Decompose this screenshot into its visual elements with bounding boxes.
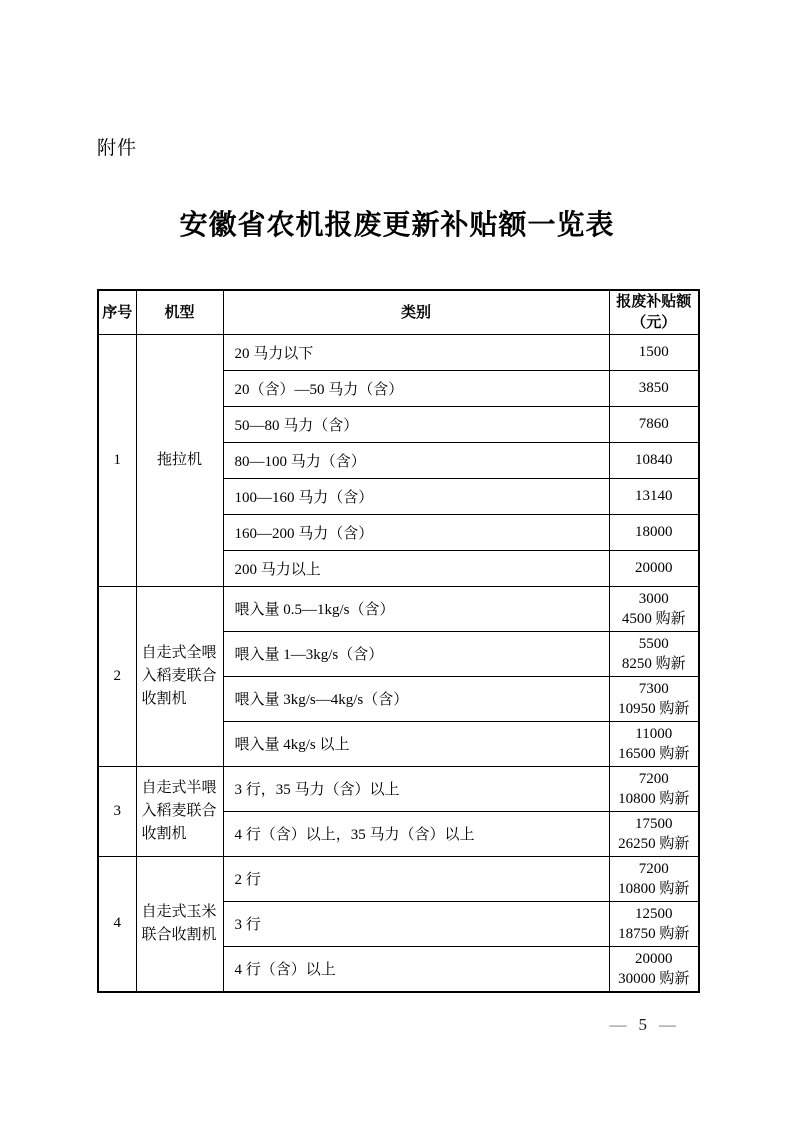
machine-type-cell: 自走式玉米联合收割机 <box>136 856 223 992</box>
amount-line: 3000 <box>613 589 696 609</box>
table-header: 序号 机型 类别 报废补贴额 （元） <box>98 290 699 334</box>
amount-line: 30000 购新 <box>613 969 696 989</box>
attachment-label: 附件 <box>97 133 137 160</box>
amount-line: 17500 <box>613 814 696 834</box>
header-amount-line1: 报废补贴额 <box>610 291 699 312</box>
amount-line: 3850 <box>613 378 696 398</box>
serial-cell: 2 <box>98 586 136 766</box>
amount-line: 1500 <box>613 342 696 362</box>
header-category: 类别 <box>223 290 609 334</box>
category-cell: 喂入量 3kg/s—4kg/s（含） <box>223 676 609 721</box>
category-cell: 喂入量 0.5—1kg/s（含） <box>223 586 609 631</box>
header-amount: 报废补贴额 （元） <box>609 290 699 334</box>
amount-line: 4500 购新 <box>613 609 696 629</box>
amount-line: 18750 购新 <box>613 924 696 944</box>
amount-line: 10800 购新 <box>613 789 696 809</box>
amount-line: 7200 <box>613 859 696 879</box>
category-cell: 20 马力以下 <box>223 334 609 370</box>
page-footer: —5— <box>610 1015 677 1035</box>
amount-line: 16500 购新 <box>613 744 696 764</box>
document-page: 附件 安徽省农机报废更新补贴额一览表 序号 机型 类别 报废补贴额 （元） 1拖… <box>0 0 794 1122</box>
amount-line: 11000 <box>613 724 696 744</box>
amount-cell: 1500 <box>609 334 699 370</box>
category-cell: 3 行，35 马力（含）以上 <box>223 766 609 811</box>
serial-cell: 3 <box>98 766 136 856</box>
amount-cell: 20000 <box>609 550 699 586</box>
category-cell: 喂入量 1—3kg/s（含） <box>223 631 609 676</box>
header-amount-line2: （元） <box>610 312 699 333</box>
machine-type-cell: 拖拉机 <box>136 334 223 586</box>
category-cell: 50—80 马力（含） <box>223 406 609 442</box>
serial-cell: 4 <box>98 856 136 992</box>
amount-cell: 3850 <box>609 370 699 406</box>
amount-line: 5500 <box>613 634 696 654</box>
amount-cell: 1750026250 购新 <box>609 811 699 856</box>
machine-type-cell: 自走式半喂入稻麦联合收割机 <box>136 766 223 856</box>
category-cell: 100—160 马力（含） <box>223 478 609 514</box>
page-title: 安徽省农机报废更新补贴额一览表 <box>0 203 794 243</box>
header-machine-type: 机型 <box>136 290 223 334</box>
serial-cell: 1 <box>98 334 136 586</box>
table-row: 4自走式玉米联合收割机2 行720010800 购新 <box>98 856 699 901</box>
category-cell: 2 行 <box>223 856 609 901</box>
amount-cell: 7860 <box>609 406 699 442</box>
amount-line: 20000 <box>613 949 696 969</box>
amount-cell: 10840 <box>609 442 699 478</box>
category-cell: 80—100 马力（含） <box>223 442 609 478</box>
amount-cell: 18000 <box>609 514 699 550</box>
amount-cell: 720010800 购新 <box>609 856 699 901</box>
category-cell: 3 行 <box>223 901 609 946</box>
subsidy-table: 序号 机型 类别 报废补贴额 （元） 1拖拉机20 马力以下150020（含）—… <box>97 289 700 993</box>
amount-cell: 1250018750 购新 <box>609 901 699 946</box>
category-cell: 喂入量 4kg/s 以上 <box>223 721 609 766</box>
page-number: 5 <box>639 1015 648 1034</box>
amount-cell: 730010950 购新 <box>609 676 699 721</box>
amount-line: 18000 <box>613 522 696 542</box>
amount-line: 10950 购新 <box>613 699 696 719</box>
amount-cell: 2000030000 购新 <box>609 946 699 992</box>
header-row: 序号 机型 类别 报废补贴额 （元） <box>98 290 699 334</box>
subsidy-table-body: 1拖拉机20 马力以下150020（含）—50 马力（含）385050—80 马… <box>98 334 699 992</box>
amount-line: 7860 <box>613 414 696 434</box>
table-row: 1拖拉机20 马力以下1500 <box>98 334 699 370</box>
category-cell: 4 行（含）以上 <box>223 946 609 992</box>
amount-line: 10800 购新 <box>613 879 696 899</box>
amount-line: 12500 <box>613 904 696 924</box>
amount-cell: 13140 <box>609 478 699 514</box>
amount-line: 8250 购新 <box>613 654 696 674</box>
amount-line: 7200 <box>613 769 696 789</box>
footer-dash-right: — <box>659 1015 676 1034</box>
category-cell: 200 马力以上 <box>223 550 609 586</box>
amount-line: 10840 <box>613 450 696 470</box>
amount-line: 7300 <box>613 679 696 699</box>
amount-line: 13140 <box>613 486 696 506</box>
amount-cell: 720010800 购新 <box>609 766 699 811</box>
amount-line: 20000 <box>613 558 696 578</box>
amount-cell: 55008250 购新 <box>609 631 699 676</box>
header-serial: 序号 <box>98 290 136 334</box>
amount-cell: 30004500 购新 <box>609 586 699 631</box>
amount-line: 26250 购新 <box>613 834 696 854</box>
amount-cell: 1100016500 购新 <box>609 721 699 766</box>
category-cell: 4 行（含）以上，35 马力（含）以上 <box>223 811 609 856</box>
category-cell: 20（含）—50 马力（含） <box>223 370 609 406</box>
footer-dash-left: — <box>610 1015 627 1034</box>
table-row: 3自走式半喂入稻麦联合收割机3 行，35 马力（含）以上720010800 购新 <box>98 766 699 811</box>
machine-type-cell: 自走式全喂入稻麦联合收割机 <box>136 586 223 766</box>
table-row: 2自走式全喂入稻麦联合收割机喂入量 0.5—1kg/s（含）30004500 购… <box>98 586 699 631</box>
category-cell: 160—200 马力（含） <box>223 514 609 550</box>
